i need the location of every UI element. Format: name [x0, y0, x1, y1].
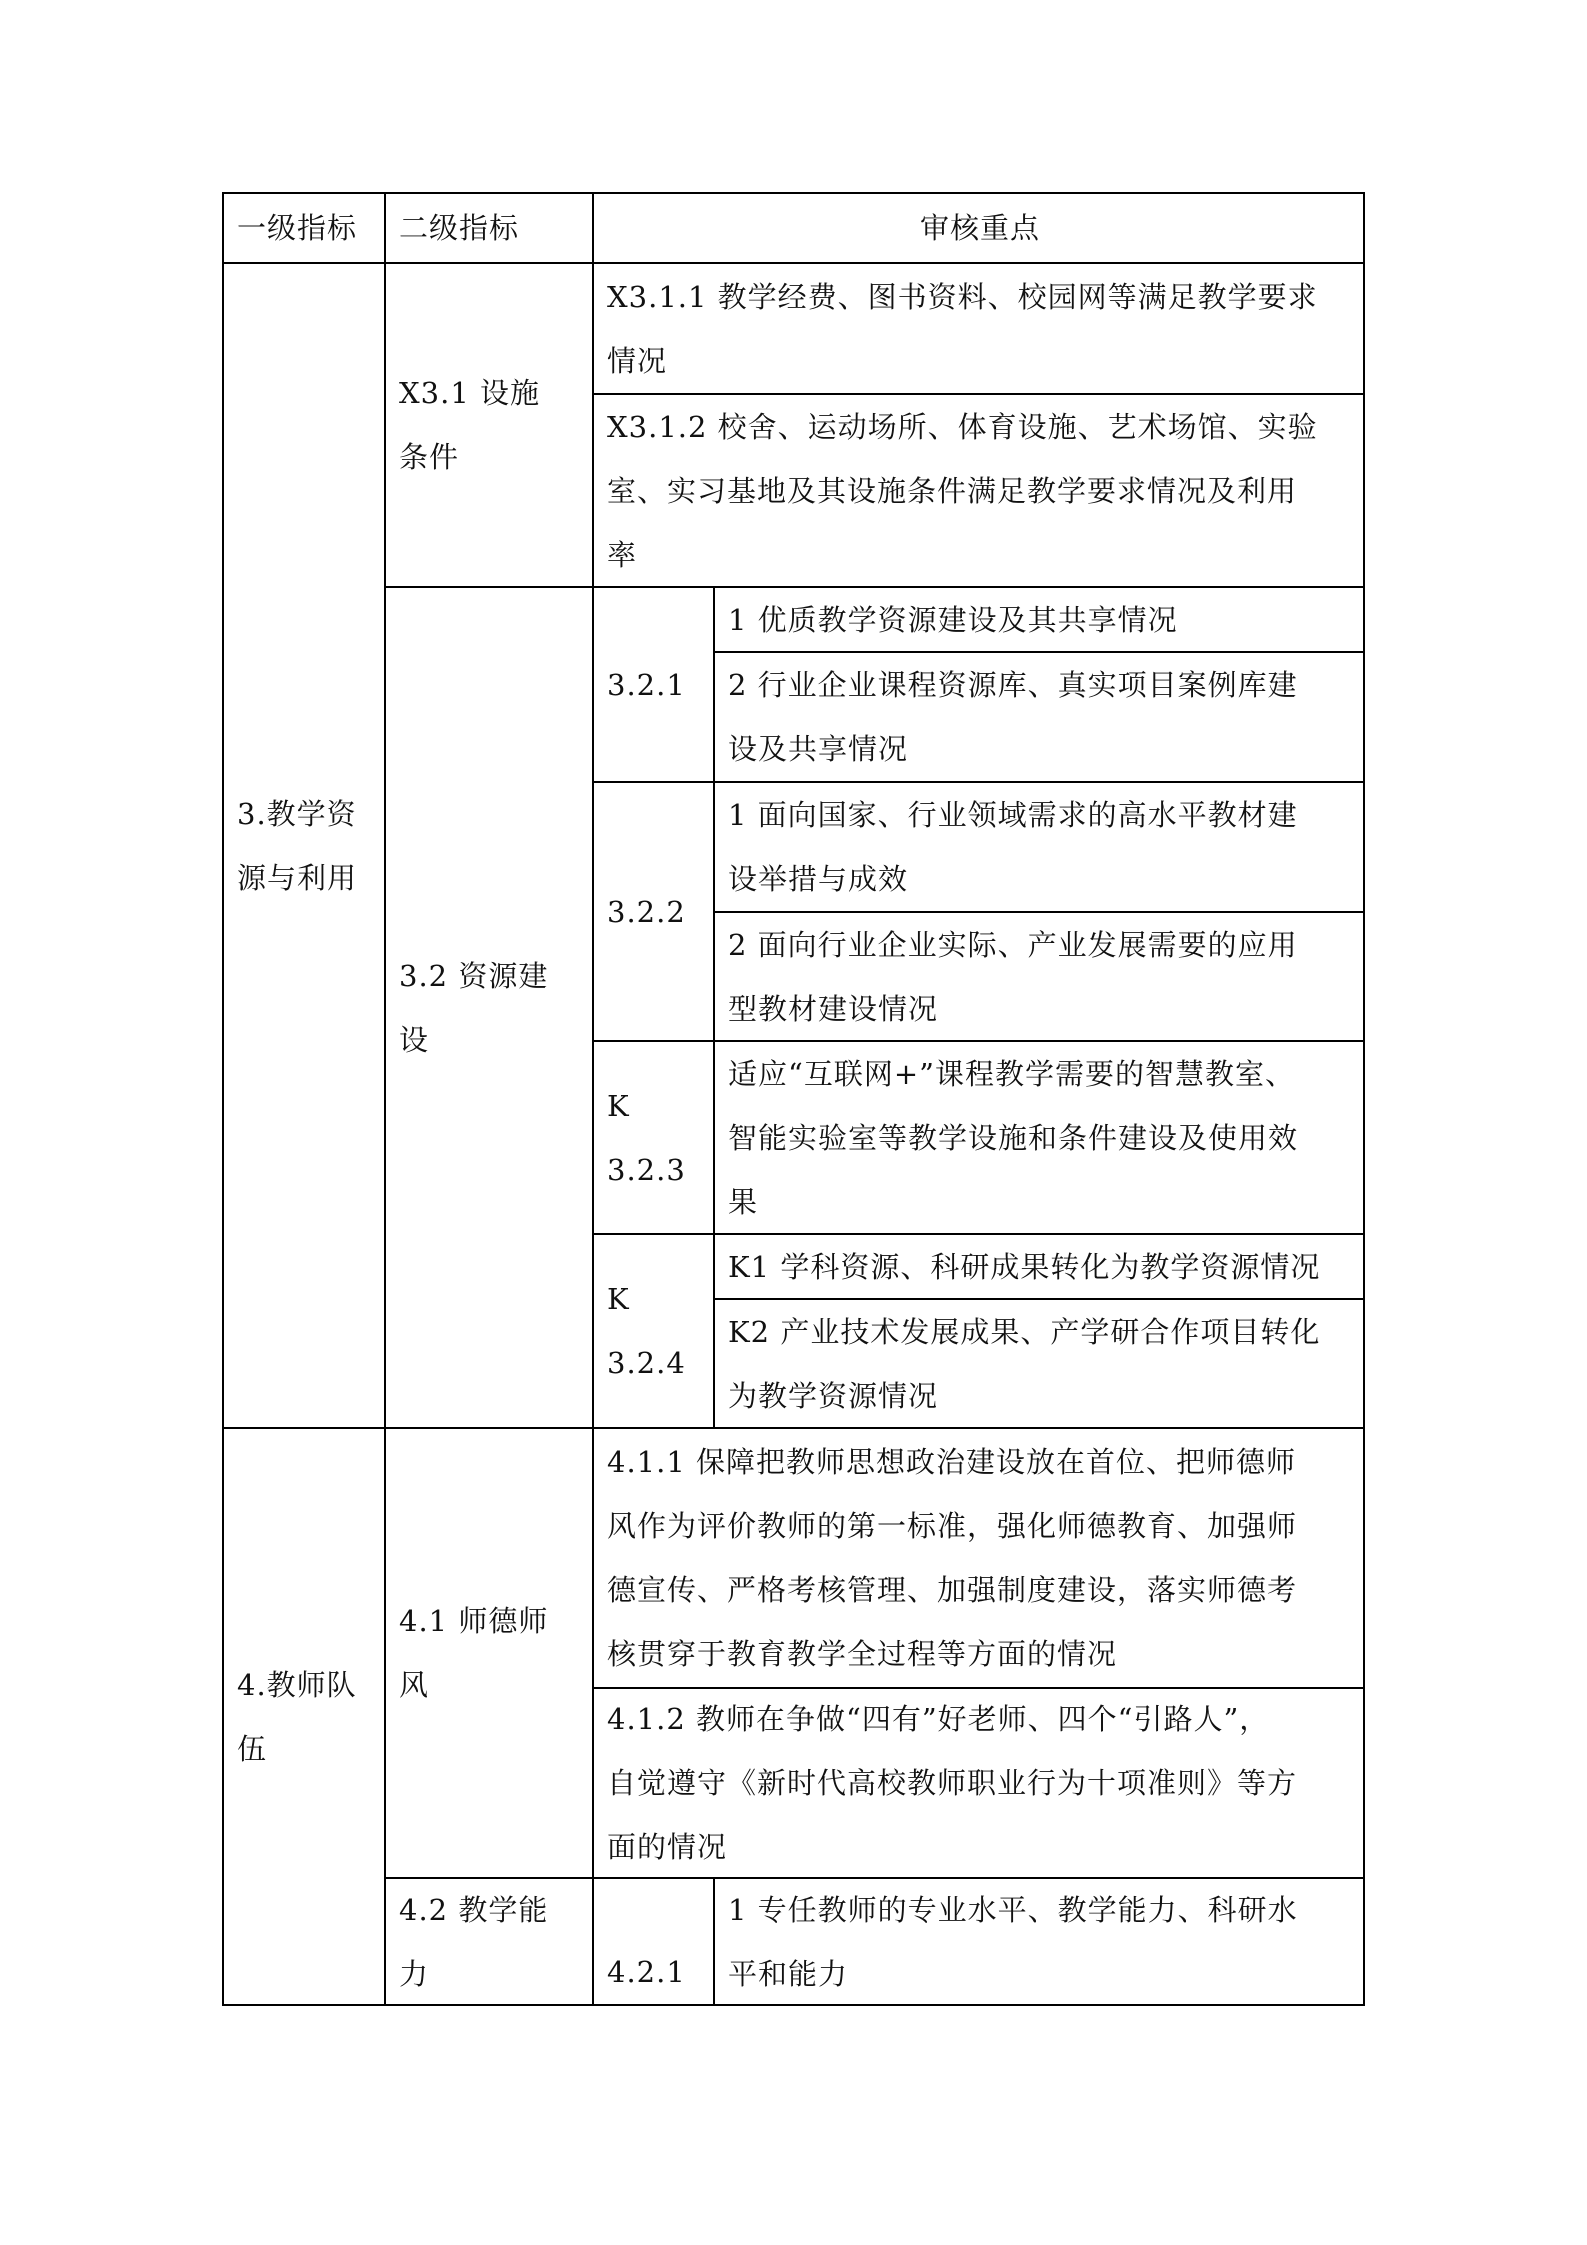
level2-line: 力	[399, 1942, 582, 2006]
level2-line: 条件	[399, 425, 582, 489]
focus-4-1-1: 4.1.1 保障把教师思想政治建设放在首位、把师德师 风作为评价教师的第一标准，…	[592, 1427, 1365, 1687]
point-line: 设及共享情况	[728, 717, 1353, 781]
header-level1-label: 一级指标	[237, 196, 374, 260]
focus-line: X3.1.2 校舍、运动场所、体育设施、艺术场馆、实验	[607, 395, 1353, 459]
point-line: 1 专任教师的专业水平、教学能力、科研水	[728, 1878, 1353, 1942]
focus-line: 情况	[607, 329, 1353, 393]
point-line: 2 行业企业课程资源库、真实项目案例库建	[728, 653, 1353, 717]
item-code: 4.2.1	[607, 1940, 703, 2004]
item-code: K	[607, 1267, 703, 1331]
code-3-2-2: 3.2.2	[592, 781, 713, 1040]
level2-line: 4.2 教学能	[399, 1878, 582, 1942]
item-code: K	[607, 1074, 703, 1138]
point-line: 智能实验室等教学设施和条件建设及使用效	[728, 1106, 1353, 1170]
header-focus: 审核重点	[592, 192, 1365, 262]
point-k-3-2-4-k1: K1 学科资源、科研成果转化为教学资源情况	[713, 1233, 1365, 1298]
level2-line: 设	[399, 1008, 582, 1072]
code-k-3-2-3: K 3.2.3	[592, 1040, 713, 1233]
focus-line: 核贯穿于教育教学全过程等方面的情况	[607, 1622, 1353, 1686]
level2-3-2: 3.2 资源建 设	[384, 586, 592, 1427]
focus-line: 4.1.1 保障把教师思想政治建设放在首位、把师德师	[607, 1430, 1353, 1494]
focus-line: 自觉遵守《新时代高校教师职业行为十项准则》等方	[607, 1751, 1353, 1815]
point-line: 1 面向国家、行业领域需求的高水平教材建	[728, 783, 1353, 847]
point-line: 果	[728, 1170, 1353, 1234]
point-line: K1 学科资源、科研成果转化为教学资源情况	[728, 1235, 1353, 1299]
focus-line: 风作为评价教师的第一标准，强化师德教育、加强师	[607, 1494, 1353, 1558]
point-3-2-2-2: 2 面向行业企业实际、产业发展需要的应用 型教材建设情况	[713, 911, 1365, 1040]
point-line: 适应“互联网+”课程教学需要的智慧教室、	[728, 1042, 1353, 1106]
item-code: 3.2.4	[607, 1331, 703, 1395]
header-level2-label: 二级指标	[399, 196, 582, 260]
focus-line: 4.1.2 教师在争做“四有”好老师、四个“引路人”，	[607, 1687, 1353, 1751]
code-k-3-2-4: K 3.2.4	[592, 1233, 713, 1427]
point-4-2-1-1: 1 专任教师的专业水平、教学能力、科研水 平和能力	[713, 1877, 1365, 2006]
point-k-3-2-3: 适应“互联网+”课程教学需要的智慧教室、 智能实验室等教学设施和条件建设及使用效…	[713, 1040, 1365, 1233]
point-line: 1 优质教学资源建设及其共享情况	[728, 588, 1353, 652]
level1-line: 伍	[237, 1717, 374, 1781]
point-line: 2 面向行业企业实际、产业发展需要的应用	[728, 913, 1353, 977]
code-3-2-1: 3.2.1	[592, 586, 713, 781]
point-line: 设举措与成效	[728, 847, 1353, 911]
item-code: 3.2.3	[607, 1138, 703, 1202]
item-code: 3.2.2	[607, 880, 703, 944]
audit-criteria-table: 一级指标 二级指标 审核重点 3.教学资 源与利用 X3.1 设施 条件 X3.…	[222, 192, 1365, 2006]
focus-line: 率	[607, 523, 1353, 587]
focus-line: 德宣传、严格考核管理、加强制度建设，落实师德考	[607, 1558, 1353, 1622]
item-code: 3.2.1	[607, 653, 703, 717]
focus-4-1-2: 4.1.2 教师在争做“四有”好老师、四个“引路人”， 自觉遵守《新时代高校教师…	[592, 1687, 1365, 1877]
document-page: 一级指标 二级指标 审核重点 3.教学资 源与利用 X3.1 设施 条件 X3.…	[0, 0, 1587, 2245]
level1-line: 4.教师队	[237, 1653, 374, 1717]
header-focus-label: 审核重点	[920, 196, 1040, 260]
level1-line: 3.教学资	[237, 782, 374, 846]
point-3-2-2-1: 1 面向国家、行业领域需求的高水平教材建 设举措与成效	[713, 781, 1365, 911]
focus-x3-1-2: X3.1.2 校舍、运动场所、体育设施、艺术场馆、实验 室、实习基地及其设施条件…	[592, 393, 1365, 586]
point-line: 为教学资源情况	[728, 1364, 1353, 1428]
point-line: 型教材建设情况	[728, 977, 1353, 1041]
level2-line: 4.1 师德师	[399, 1589, 582, 1653]
focus-line: X3.1.1 教学经费、图书资料、校园网等满足教学要求	[607, 265, 1353, 329]
level1-section-3: 3.教学资 源与利用	[222, 262, 384, 1427]
level2-line: 风	[399, 1653, 582, 1717]
level2-line: 3.2 资源建	[399, 944, 582, 1008]
point-k-3-2-4-k2: K2 产业技术发展成果、产学研合作项目转化 为教学资源情况	[713, 1298, 1365, 1427]
level1-line: 源与利用	[237, 846, 374, 910]
level1-section-4: 4.教师队 伍	[222, 1427, 384, 2006]
level2-line: X3.1 设施	[399, 361, 582, 425]
code-4-2-1: 4.2.1	[592, 1877, 713, 2006]
level2-x3-1: X3.1 设施 条件	[384, 262, 592, 586]
level2-4-2: 4.2 教学能 力	[384, 1877, 592, 2006]
focus-line: 室、实习基地及其设施条件满足教学要求情况及利用	[607, 459, 1353, 523]
focus-line: 面的情况	[607, 1815, 1353, 1877]
header-level1: 一级指标	[222, 192, 384, 262]
header-level2: 二级指标	[384, 192, 592, 262]
level2-4-1: 4.1 师德师 风	[384, 1427, 592, 1877]
point-line: K2 产业技术发展成果、产学研合作项目转化	[728, 1300, 1353, 1364]
point-3-2-1-2: 2 行业企业课程资源库、真实项目案例库建 设及共享情况	[713, 651, 1365, 781]
point-3-2-1-1: 1 优质教学资源建设及其共享情况	[713, 586, 1365, 651]
focus-x3-1-1: X3.1.1 教学经费、图书资料、校园网等满足教学要求 情况	[592, 262, 1365, 393]
point-line: 平和能力	[728, 1942, 1353, 2006]
